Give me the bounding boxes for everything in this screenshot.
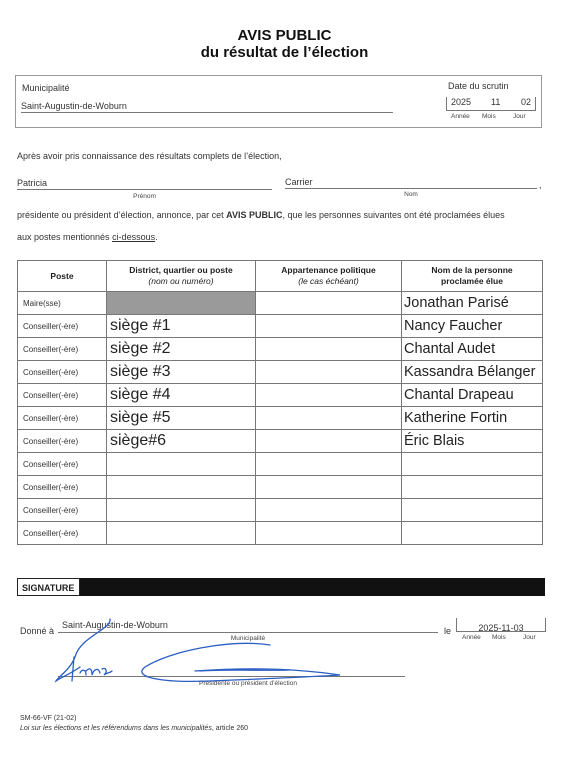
table-row: Conseiller(-ère)siège#6Éric Blais [18, 430, 543, 453]
form-code: SM-66-VF (21-02) [20, 715, 76, 722]
elected-name-cell[interactable]: Kassandra Bélanger [402, 361, 543, 384]
le-label: le [444, 626, 451, 636]
poste-cell: Conseiller(-ère) [18, 384, 107, 407]
district-cell[interactable]: siège #2 [107, 338, 256, 361]
notice-subtitle: du résultat de l’élection [0, 44, 569, 61]
notice-title: AVIS PUBLIC [0, 27, 569, 44]
district-cell[interactable]: siège #4 [107, 384, 256, 407]
signature-date-month-label: Mois [492, 634, 506, 641]
header-party: Appartenance politique(le cas échéant) [256, 261, 402, 292]
municipality-label: Municipalité [22, 83, 70, 93]
first-name-label: Prénom [17, 193, 272, 200]
election-date-month: 11 [491, 97, 500, 107]
first-name-field[interactable]: Patricia [17, 178, 272, 190]
elected-name-cell[interactable] [402, 522, 543, 545]
last-name-value: Carrier [285, 177, 313, 187]
election-date-field[interactable]: 2025 11 02 [446, 97, 536, 111]
district-cell[interactable] [107, 453, 256, 476]
announcement-line: présidente ou président d’élection, anno… [17, 210, 505, 220]
table-header-row: Poste District, quartier ou poste(nom ou… [18, 261, 543, 292]
party-cell[interactable] [256, 499, 402, 522]
announcement-bold: AVIS PUBLIC [226, 210, 282, 220]
handwritten-signature-icon [50, 615, 370, 690]
district-cell[interactable]: siège #5 [107, 407, 256, 430]
district-cell[interactable] [107, 522, 256, 545]
table-row: Conseiller(-ère)siège #2Chantal Audet [18, 338, 543, 361]
table-row: Conseiller(-ère)siège #1Nancy Faucher [18, 315, 543, 338]
poste-cell: Conseiller(-ère) [18, 453, 107, 476]
municipality-value: Saint-Augustin-de-Woburn [21, 101, 127, 111]
elected-name-cell[interactable]: Jonathan Parisé [402, 292, 543, 315]
table-row: Maire(sse)Jonathan Parisé [18, 292, 543, 315]
header-name: Nom de la personneproclamée élue [402, 261, 543, 292]
poste-cell: Conseiller(-ère) [18, 407, 107, 430]
election-date-month-label: Mois [482, 113, 496, 120]
elected-name-cell[interactable]: Nancy Faucher [402, 315, 543, 338]
table-row: Conseiller(-ère)siège #5Katherine Fortin [18, 407, 543, 430]
posts-text: aux postes mentionnés [17, 232, 112, 242]
party-cell[interactable] [256, 292, 402, 315]
party-cell[interactable] [256, 453, 402, 476]
signature-date-value: 2025-11-03 [478, 623, 523, 633]
results-table: Poste District, quartier ou poste(nom ou… [17, 260, 543, 545]
posts-period: . [155, 232, 158, 242]
election-date-year-label: Année [451, 113, 470, 120]
announcement-text-end: , que les personnes suivantes ont été pr… [282, 210, 504, 220]
district-cell[interactable]: siège#6 [107, 430, 256, 453]
party-cell[interactable] [256, 522, 402, 545]
table-row: Conseiller(-ère) [18, 499, 543, 522]
poste-cell: Conseiller(-ère) [18, 522, 107, 545]
poste-cell: Maire(sse) [18, 292, 107, 315]
announcement-text: présidente ou président d’élection, anno… [17, 210, 226, 220]
poste-cell: Conseiller(-ère) [18, 430, 107, 453]
party-cell[interactable] [256, 315, 402, 338]
last-name-field[interactable]: Carrier [285, 177, 537, 189]
party-cell[interactable] [256, 338, 402, 361]
signature-banner [80, 578, 545, 596]
signature-section-label: SIGNATURE [17, 578, 80, 596]
party-cell[interactable] [256, 407, 402, 430]
table-row: Conseiller(-ère) [18, 476, 543, 499]
elected-name-cell[interactable] [402, 499, 543, 522]
district-cell[interactable]: siège #1 [107, 315, 256, 338]
posts-line: aux postes mentionnés ci-dessous. [17, 232, 158, 242]
header-district: District, quartier ou poste(nom ou numér… [107, 261, 256, 292]
district-cell[interactable] [107, 476, 256, 499]
signature-date-year-label: Année [462, 634, 481, 641]
election-date-year: 2025 [451, 97, 471, 107]
elected-name-cell[interactable] [402, 453, 543, 476]
district-cell[interactable] [107, 499, 256, 522]
given-at-label: Donné à [20, 626, 54, 636]
party-cell[interactable] [256, 476, 402, 499]
elected-name-cell[interactable]: Éric Blais [402, 430, 543, 453]
signature-date-field[interactable]: 2025-11-03 [456, 618, 546, 632]
party-cell[interactable] [256, 384, 402, 407]
poste-cell: Conseiller(-ère) [18, 361, 107, 384]
last-name-label: Nom [285, 191, 537, 198]
election-date-day-label: Jour [513, 113, 526, 120]
comma: , [539, 180, 542, 190]
poste-cell: Conseiller(-ère) [18, 338, 107, 361]
election-date-day: 02 [521, 97, 531, 107]
elected-name-cell[interactable]: Katherine Fortin [402, 407, 543, 430]
below-reference: ci-dessous [112, 232, 155, 242]
intro-line: Après avoir pris connaissance des résult… [17, 151, 282, 161]
district-cell[interactable] [107, 292, 256, 315]
municipality-field[interactable]: Saint-Augustin-de-Woburn [21, 101, 393, 113]
table-row: Conseiller(-ère)siège #3Kassandra Bélang… [18, 361, 543, 384]
header-poste: Poste [18, 261, 107, 292]
party-cell[interactable] [256, 361, 402, 384]
signature-date-day-label: Jour [523, 634, 536, 641]
elected-name-cell[interactable]: Chantal Drapeau [402, 384, 543, 407]
district-cell[interactable]: siège #3 [107, 361, 256, 384]
elected-name-cell[interactable] [402, 476, 543, 499]
table-row: Conseiller(-ère) [18, 522, 543, 545]
law-reference: Loi sur les élections et les référendums… [20, 725, 248, 732]
poste-cell: Conseiller(-ère) [18, 476, 107, 499]
table-row: Conseiller(-ère) [18, 453, 543, 476]
first-name-value: Patricia [17, 178, 47, 188]
poste-cell: Conseiller(-ère) [18, 315, 107, 338]
party-cell[interactable] [256, 430, 402, 453]
election-date-label: Date du scrutin [448, 81, 509, 91]
elected-name-cell[interactable]: Chantal Audet [402, 338, 543, 361]
law-article: , article 260 [212, 725, 248, 732]
law-title: Loi sur les élections et les référendums… [20, 725, 212, 732]
poste-cell: Conseiller(-ère) [18, 499, 107, 522]
table-row: Conseiller(-ère)siège #4Chantal Drapeau [18, 384, 543, 407]
